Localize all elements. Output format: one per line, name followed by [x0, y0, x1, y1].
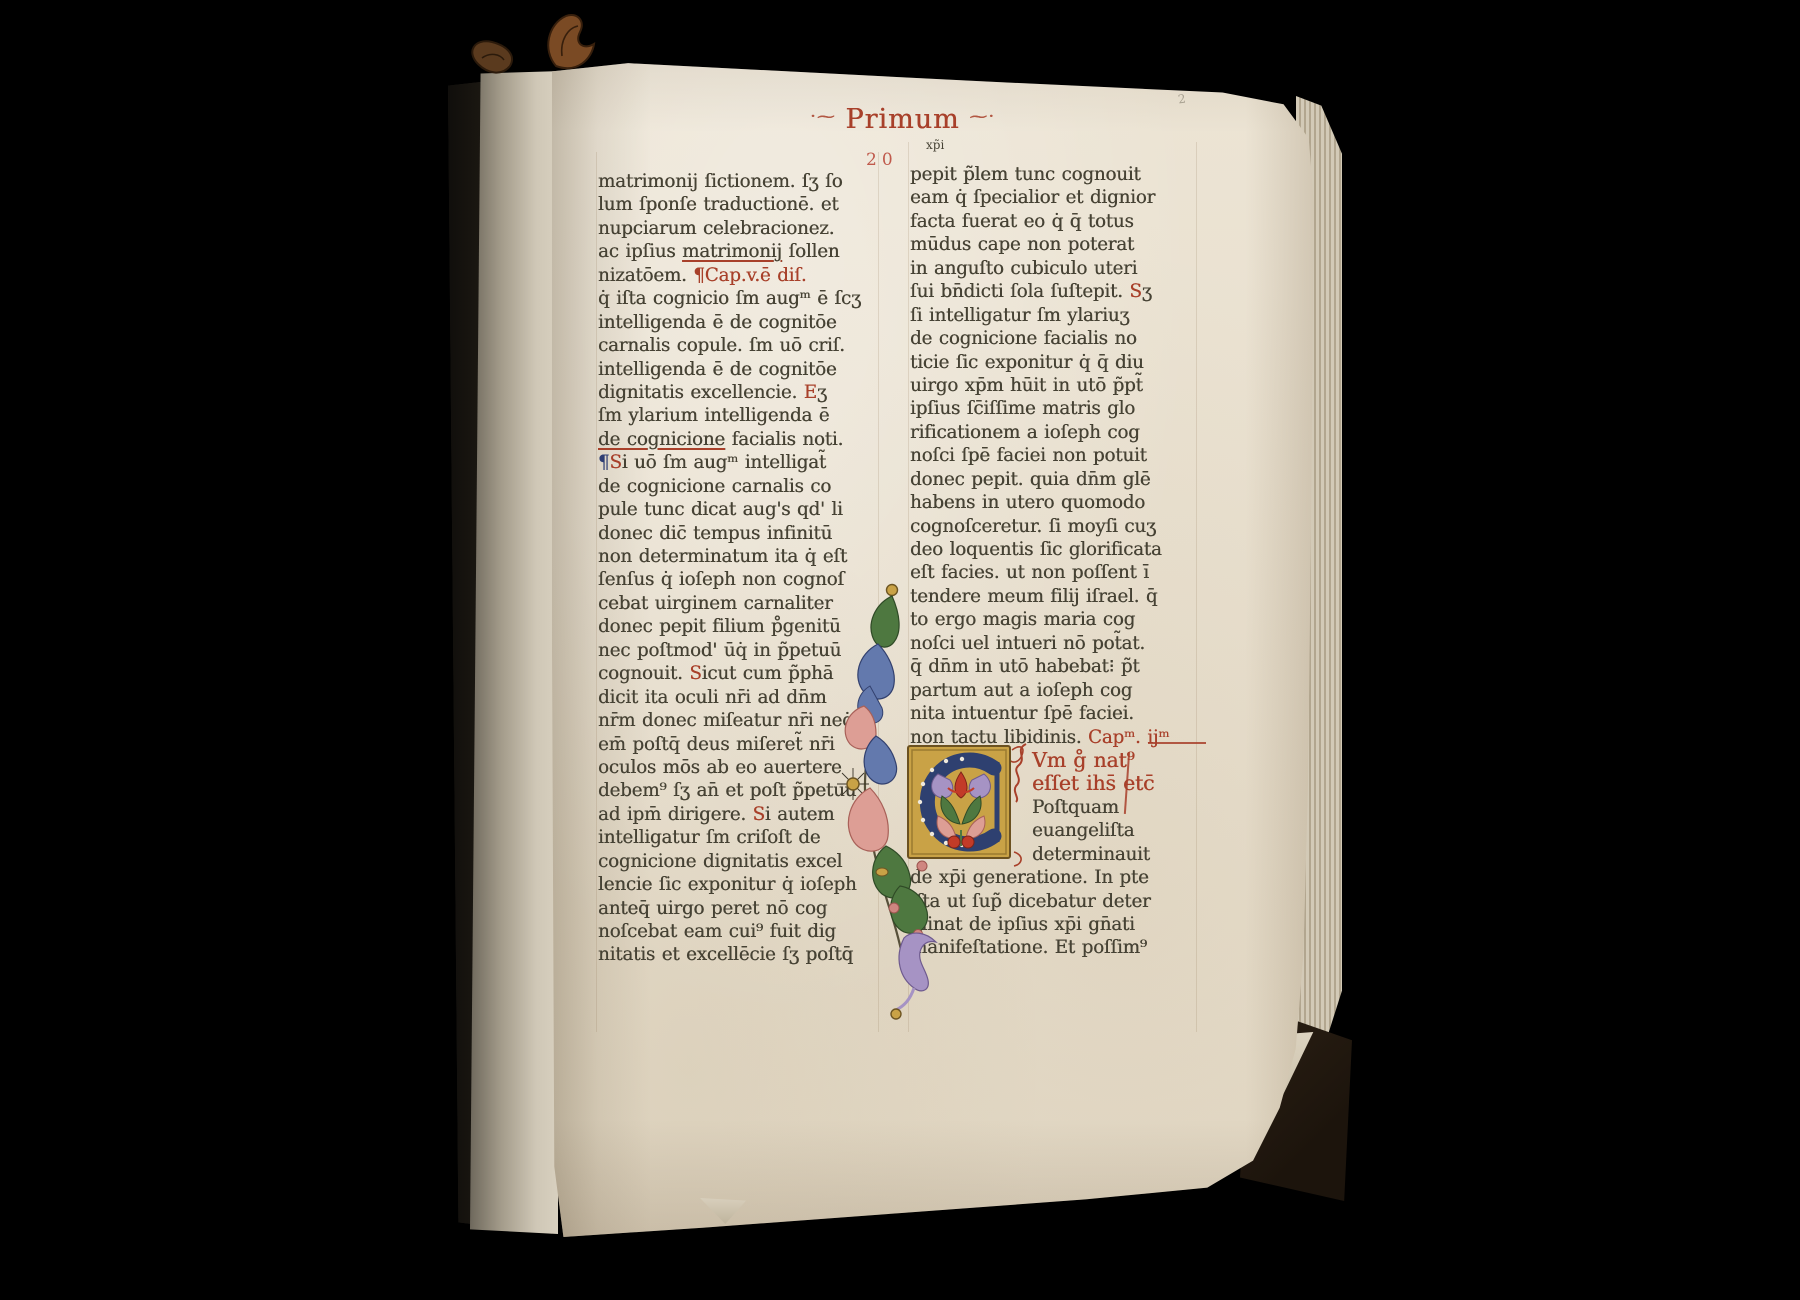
text-line: intelligenda ē de cognitōe [598, 311, 880, 334]
text-segment: noſcebat eam cui⁹ fuit dig [598, 921, 836, 942]
rubric-paraph [1002, 740, 1038, 804]
gold-bezant-bottom [891, 1009, 901, 1019]
text-segment: ipſius ſc̄iſſime matris glo [910, 398, 1135, 419]
text-segment: E [804, 382, 817, 403]
text-segment: matrimonij [682, 241, 782, 262]
text-line: ¶Si uō ſm augᵐ intelligat̃ [598, 451, 880, 474]
text-segment: i autem [765, 804, 834, 825]
text-segment: donec pepit filium p̊genitū [598, 616, 841, 637]
text-segment: ad ipm̄ dirigere. [598, 804, 753, 825]
text-segment: debem⁹ ſʒ an̄ et poſt p̃petuū [598, 780, 856, 801]
text-line: donec dic̄ tempus infinitū [598, 522, 880, 545]
text-line: donec pepit. quia dn̄m glē [910, 468, 1200, 491]
text-segment: lum ſponſe traductionē. et [598, 194, 839, 215]
text-segment: nec poſtmod' ūq̇ in p̃petuū [598, 640, 841, 661]
text-line: nupciarum celebracionez. [598, 217, 880, 240]
text-segment: eam q̇ ſpecialior et dignior [910, 187, 1155, 208]
text-line: ticie ſic exponitur q̇ q̄ diu [910, 351, 1200, 374]
text-segment: non determinatum ita q̇ eſt [598, 546, 847, 567]
leather-tassel-right [548, 15, 594, 68]
text-segment: eſſet ihs̄ etc̄ [1032, 771, 1154, 795]
text-segment: anteq̄ uirgo peret nō cog [598, 898, 827, 919]
text-segment: matrimonij ſictionem. ſʒ ſo [598, 171, 842, 192]
text-line: facta fuerat eo q̇ q̄ totus [910, 210, 1200, 233]
title-flourish-left: ·⁓ [810, 106, 836, 127]
text-segment: q̇ iſta cognicio ſm augᵐ ē ſcʒ [598, 288, 861, 309]
text-segment: intelligatur ſm criſoſt de [598, 827, 820, 848]
text-segment: rificationem a ioſeph cog [910, 422, 1140, 443]
text-segment: ¶ [598, 452, 609, 473]
text-line: pule tunc dicat aug's qd' li [598, 498, 880, 521]
text-line: nizatōem. ¶Cap.v.ē diſ. [598, 264, 880, 287]
text-segment: S [689, 663, 701, 684]
text-line: de cognicione carnalis co [598, 475, 880, 498]
text-segment: ſenſus q̇ ioſeph non cognoſ [598, 569, 844, 590]
text-segment: icut cum p̃phā [702, 663, 834, 684]
text-segment: ticie ſic exponitur q̇ q̄ diu [910, 352, 1144, 373]
text-segment: uirgo xp̄m hūit in utō p̃pt̃ [910, 375, 1143, 396]
text-line: noſci ſpē faciei non potuit [910, 444, 1200, 467]
text-segment: mūdus cape non poterat [910, 234, 1134, 255]
text-segment: cebat uirginem carnaliter [598, 593, 833, 614]
text-segment: carnalis copule. ſm uō criſ. [598, 335, 845, 356]
text-segment: S [1129, 281, 1141, 302]
text-segment: habens in utero quomodo [910, 492, 1145, 513]
text-line: in anguſto cubiculo uteri [910, 257, 1200, 280]
text-segment: S [609, 452, 621, 473]
text-segment: em̄ poſtq̄ deus miſeret̃ nr̄i [598, 734, 835, 755]
running-title-text: Primum [845, 104, 959, 135]
text-segment: de cognicione carnalis co [598, 476, 831, 497]
text-line: matrimonij ſictionem. ſʒ ſo [598, 170, 880, 193]
text-line: lum ſponſe traductionē. et [598, 193, 880, 216]
text-line: deo loquentis ſic glorificata [910, 538, 1200, 561]
text-line: ſui bn̄dicti ſola ſuſtepit. Sʒ [910, 280, 1200, 303]
text-segment: deo loquentis ſic glorificata [910, 539, 1162, 560]
text-line: ſm ylarium intelligenda ē [598, 404, 880, 427]
green-leaf [871, 596, 899, 647]
ruling-line [596, 152, 597, 1032]
text-line: pepit p̃lem tunc cognouit [910, 163, 1200, 186]
text-line: intelligenda ē de cognitōe [598, 358, 880, 381]
text-line: mūdus cape non poterat [910, 233, 1200, 256]
folio-number: 20 [866, 150, 898, 170]
text-segment: ¶Cap.v.ē diſ. [693, 265, 806, 286]
text-segment: dicit ita oculi nr̄i ad dn̄m [598, 687, 826, 708]
text-segment: ſm ylarium intelligenda ē [598, 405, 829, 426]
text-line: q̇ iſta cognicio ſm augᵐ ē ſcʒ [598, 287, 880, 310]
text-segment: lencie ſic exponitur q̇ ioſeph [598, 874, 857, 895]
text-segment: nizatōem. [598, 265, 693, 286]
text-segment: de cognicione facialis no [910, 328, 1137, 349]
running-title: ·⁓ Primum ⁓· [810, 104, 995, 135]
text-segment: in anguſto cubiculo uteri [910, 258, 1137, 279]
text-segment: Capᵐ. ijᵐ [1088, 727, 1169, 748]
text-segment: facialis noti. [725, 429, 843, 450]
gold-bezant-top [887, 585, 898, 596]
text-segment: i uō ſm augᵐ intelligat̃ [622, 452, 826, 473]
text-segment: cognouit. [598, 663, 689, 684]
text-segment: donec pepit. quia dn̄m glē [910, 469, 1150, 490]
text-line: ſi intelligatur ſm ylariuʒ [910, 304, 1200, 327]
lilac-flourish [899, 933, 936, 991]
text-line: de cognicione facialis no [910, 327, 1200, 350]
text-segment: ʒ [817, 382, 827, 403]
text-segment: donec dic̄ tempus infinitū [598, 523, 832, 544]
text-line: eam q̇ ſpecialior et dignior [910, 186, 1200, 209]
text-line: habens in utero quomodo [910, 491, 1200, 514]
interlinear-note: xp̃i [926, 138, 944, 152]
text-segment: nitatis et excellēcie ſʒ poſtq̄ [598, 944, 853, 965]
salmon-leaf [848, 788, 888, 851]
text-line: de cognicione facialis noti. [598, 428, 880, 451]
gutter-page-edge [470, 70, 558, 1234]
text-segment: ſui bn̄dicti ſola ſuſtepit. [910, 281, 1129, 302]
text-segment: pepit p̃lem tunc cognouit [910, 164, 1141, 185]
text-segment: ac ipſius [598, 241, 682, 262]
text-segment: pule tunc dicat aug's qd' li [598, 499, 843, 520]
text-segment: facta fuerat eo q̇ q̄ totus [910, 211, 1134, 232]
text-line: rificationem a ioſeph cog [910, 421, 1200, 444]
rubric-line-extension [1148, 742, 1206, 744]
text-segment: nupciarum celebracionez. [598, 218, 834, 239]
text-segment: ſollen [782, 241, 839, 262]
book-photo: ·⁓ Primum ⁓· 20 xp̃i 2 matrimonij ſictio… [0, 0, 1800, 1300]
text-line: non determinatum ita q̇ eſt [598, 545, 880, 568]
text-segment: nr̄m donec miſeatur nr̄i neq̇ [598, 710, 854, 731]
text-segment: cognoſceretur. ſi moyſi cuʒ [910, 516, 1156, 537]
text-line: uirgo xp̄m hūit in utō p̃pt̃ [910, 374, 1200, 397]
text-segment: de cognicione [598, 429, 725, 450]
text-segment: oculos mōs ab eo auertere [598, 757, 842, 778]
text-segment: noſci ſpē faciei non potuit [910, 445, 1147, 466]
text-line: cognoſceretur. ſi moyſi cuʒ [910, 515, 1200, 538]
text-segment: intelligenda ē de cognitōe [598, 312, 837, 333]
title-flourish-right: ⁓· [969, 106, 995, 127]
text-line: ipſius ſc̄iſſime matris glo [910, 397, 1200, 420]
text-segment: ſi intelligatur ſm ylariuʒ [910, 305, 1130, 326]
text-segment: S [753, 804, 765, 825]
text-segment: dignitatis excellencie. [598, 382, 804, 403]
text-segment: intelligenda ē de cognitōe [598, 359, 837, 380]
leather-tassels [452, 0, 632, 92]
text-line: dignitatis excellencie. Eʒ [598, 381, 880, 404]
text-line: carnalis copule. ſm uō criſ. [598, 334, 880, 357]
text-line: ac ipſius matrimonij ſollen [598, 240, 880, 263]
text-segment: cognicione dignitatis excel [598, 851, 842, 872]
leather-tassel-left [472, 41, 512, 72]
text-segment: ʒ [1142, 281, 1152, 302]
